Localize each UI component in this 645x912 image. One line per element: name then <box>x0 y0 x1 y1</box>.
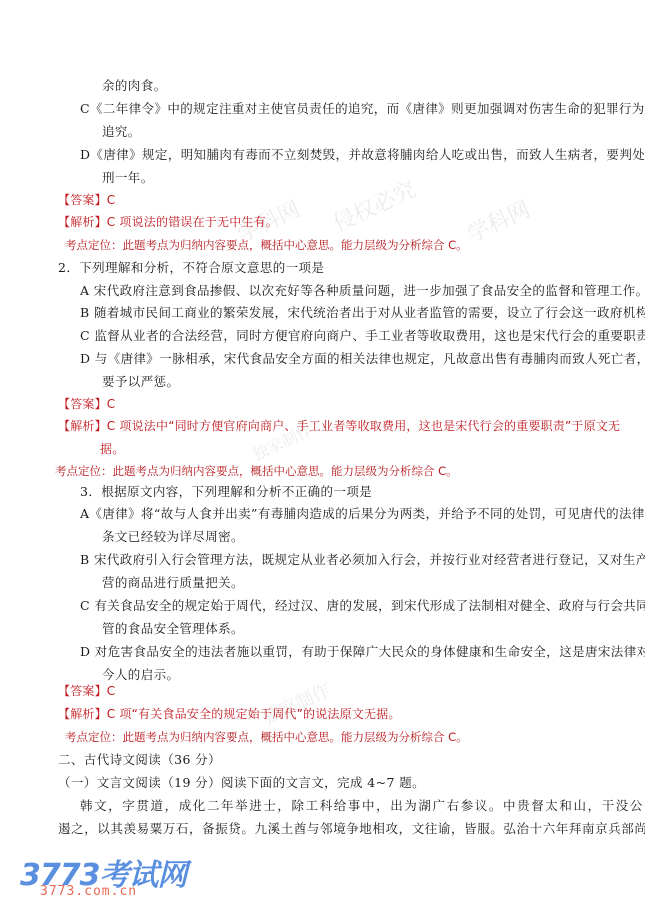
q3-option-b: B 宋代政府引入行会管理方法，既规定从业者必须加入行会，并按行业对经营者进行登记… <box>80 552 645 568</box>
classical-text-line1: 韩文，字贯道，成化二年举进士，除工科给事中，出为湖广右参议。中贵督太和山，干没公… <box>80 798 645 814</box>
q3-stem: 3．根据原文内容，下列理解和分析不正确的一项是 <box>80 484 372 500</box>
q1-option-d-cont: 刑一年。 <box>102 170 154 186</box>
q3-option-c: C 有关食品安全的规定始于周代，经过汉、唐的发展，到宋代形成了法制相对健全、政府… <box>80 598 645 614</box>
q2-option-c: C 监督从业者的合法经营，同时方便官府向商户、手工业者等收取费用，这也是宋代行会… <box>80 328 645 344</box>
q3-option-a: A《唐律》将“故与人食并出卖”有毒脯肉造成的后果分为两类，并给予不同的处罚，可见… <box>80 506 645 522</box>
q1-kaodian: 考点定位：此题考点为归纳内容要点，概括中心意思。能力层级为分析综合 C。 <box>65 237 468 253</box>
site-logo[interactable]: 3773考试网 3773.com.cn <box>18 850 188 905</box>
q2-option-d: D 与《唐律》一脉相承，宋代食品安全方面的相关法律也规定，凡故意出售有毒脯肉而致… <box>80 351 645 367</box>
q2-option-a: A 宋代政府注意到食品掺假、以次充好等各种质量问题，进一步加强了食品安全的监督和… <box>80 283 645 299</box>
q3-kaodian: 考点定位：此题考点为归纳内容要点，概括中心意思。能力层级为分析综合 C。 <box>65 729 468 745</box>
watermark: 侵权必究 <box>328 173 421 238</box>
logo-url: 3773.com.cn <box>40 884 137 899</box>
section-title: 二、古代诗文阅读（36 分） <box>58 752 221 768</box>
q1-option-d: D《唐律》规定，明知脯肉有毒而不立刻焚毁，并故意将脯肉给人吃或出售，而致人生病者… <box>80 147 645 163</box>
q2-stem: 2．下列理解和分析，不符合原文意思的一项是 <box>58 260 324 276</box>
q2-analysis-cont: 据。 <box>100 441 124 457</box>
classical-text-line2: 遏之，以其羡易粟万石，备振贷。九溪土酋与邻境争地相攻，文往谕，皆服。弘治十六年拜… <box>58 821 645 837</box>
q1-option-b-cont: 余的肉食。 <box>102 78 167 94</box>
q2-kaodian: 考点定位：此题考点为归纳内容要点，概括中心意思。能力层级为分析综合 C。 <box>55 463 458 479</box>
q2-analysis: 【解析】C 项说法中“同时方便官府向商户、手工业者等收取费用，这也是宋代行会的重… <box>58 418 620 434</box>
section-subtitle: （一）文言文阅读（19 分）阅读下面的文言文，完成 4~7 题。 <box>58 775 425 791</box>
q2-option-b: B 随着城市民间工商业的繁荣发展，宋代统治者出于对从业者监管的需要，设立了行会这… <box>80 305 645 321</box>
q3-option-a-cont: 条文已经较为详尽周密。 <box>102 529 244 545</box>
q1-option-c: C《二年律令》中的规定注重对主使官员责任的追究，而《唐律》则更加强调对伤害生命的… <box>80 101 645 117</box>
watermark: 学科网 <box>462 193 535 249</box>
q3-option-d-cont: 今人的启示。 <box>102 667 179 683</box>
q1-analysis: 【解析】C 项说法的错误在于无中生有。 <box>58 214 278 230</box>
q2-option-d-cont: 要予以严惩。 <box>102 374 179 390</box>
q3-analysis: 【解析】C 项“有关食品安全的规定始于周代”的说法原文无据。 <box>58 706 401 722</box>
q3-option-c-cont: 管的食品安全管理体系。 <box>102 621 244 637</box>
q3-option-d: D 对危害食品安全的违法者施以重罚，有助于保障广大民众的身体健康和生命安全，这是… <box>80 644 645 660</box>
q3-answer: 【答案】C <box>58 683 115 699</box>
q2-answer: 【答案】C <box>58 396 115 412</box>
q1-option-c-cont: 追究。 <box>102 124 141 140</box>
q3-option-b-cont: 营的商品进行质量把关。 <box>102 575 244 591</box>
q1-answer: 【答案】C <box>58 192 115 208</box>
